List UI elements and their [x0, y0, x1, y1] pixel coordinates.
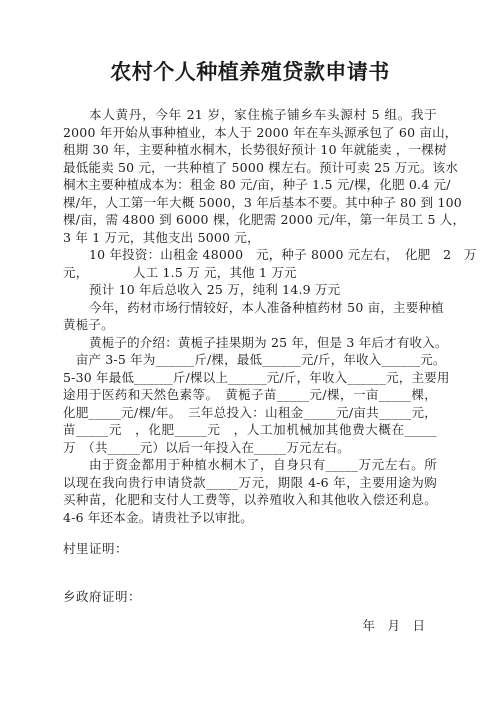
- document-line: 黄栀子的介绍：黄栀子挂果期为 25 年，但是 3 年后才有收入。: [63, 334, 437, 352]
- document-title: 农村个人种植养殖贷款申请书: [63, 57, 437, 87]
- document-line: 预计 10 年后总收入 25 万，纯利 14.9 万元: [63, 281, 437, 299]
- document-line: 5-30 年最低______斤/棵以上______元/斤，年收入______元，…: [63, 369, 437, 387]
- document-line: 途用于医药和天然色素等。 黄栀子苗_____元/棵，一亩_____棵，: [63, 386, 437, 404]
- document-line: 苗_____元 ，化肥_____元 ，人工加机械加其他费大概在_____: [63, 421, 437, 439]
- township-certification-label: 乡政府证明：: [63, 588, 437, 606]
- document-line: 黄栀子。: [63, 316, 437, 334]
- date-signature-line: 年 月 日: [63, 617, 437, 635]
- document-line: 桐木主要种植成本为：租金 80 元/亩，种子 1.5 元/棵，化肥 0.4 元/: [63, 176, 437, 194]
- document-line: 由于资金都用于种植水桐木了，自身只有_____万元左右。所: [63, 456, 437, 474]
- village-certification-label: 村里证明：: [63, 540, 437, 558]
- document-line: 以现在我向贵行申请贷款_____万元，期限 4-6 年，主要用途为购: [63, 474, 437, 492]
- document-line: 最低能卖 50 元，一共种植了 5000 棵左右。预计可卖 25 万元。该水: [63, 159, 437, 177]
- document-line: 租期 30 年，主要种植水桐木，长势很好预计 10 年就能卖 ，一棵树: [63, 141, 437, 159]
- document-line: 2000 年开始从事种植业，本人于 2000 年在车头源承包了 60 亩山，: [63, 124, 437, 142]
- document-line: 今年，药材市场行情较好，本人准备种植药材 50 亩，主要种植: [63, 299, 437, 317]
- document-line: 10 年投资：山租金 48000 元，种子 8000 元左右， 化肥 2 万: [63, 246, 437, 264]
- document-line: 万 （共_____元）以后一年投入在_____万元左右。: [63, 439, 437, 457]
- document-line: 买种苗，化肥和支付人工费等，以养殖收入和其他收入偿还利息。: [63, 491, 437, 509]
- document-line: 元， 人工 1.5 万 元，其他 1 万元: [63, 264, 437, 282]
- document-body: 本人黄丹，今年 21 岁，家住梳子铺乡车头源村 5 组。我于2000 年开始从事…: [63, 106, 437, 526]
- document-line: 3 年 1 万元，其他支出 5000 元，: [63, 229, 437, 247]
- document-line: 棵/年，人工第一年大概 5000，3 年后基本不要。其中种子 80 到 100: [63, 194, 437, 212]
- loan-application-document-page: 农村个人种植养殖贷款申请书 本人黄丹，今年 21 岁，家住梳子铺乡车头源村 5 …: [0, 0, 500, 708]
- document-line: 棵/亩，需 4800 到 6000 棵，化肥需 2000 元/年，第一年员工 5…: [63, 211, 437, 229]
- document-line: 本人黄丹，今年 21 岁，家住梳子铺乡车头源村 5 组。我于: [63, 106, 437, 124]
- document-line: 化肥_____元/棵/年。 三年总投入：山租金_____元/亩共_____元，: [63, 404, 437, 422]
- document-line: 4-6 年还本金。请贵社予以审批。: [63, 509, 437, 527]
- document-line: 亩产 3-5 年为______斤/棵，最低______元/斤，年收入______…: [63, 351, 437, 369]
